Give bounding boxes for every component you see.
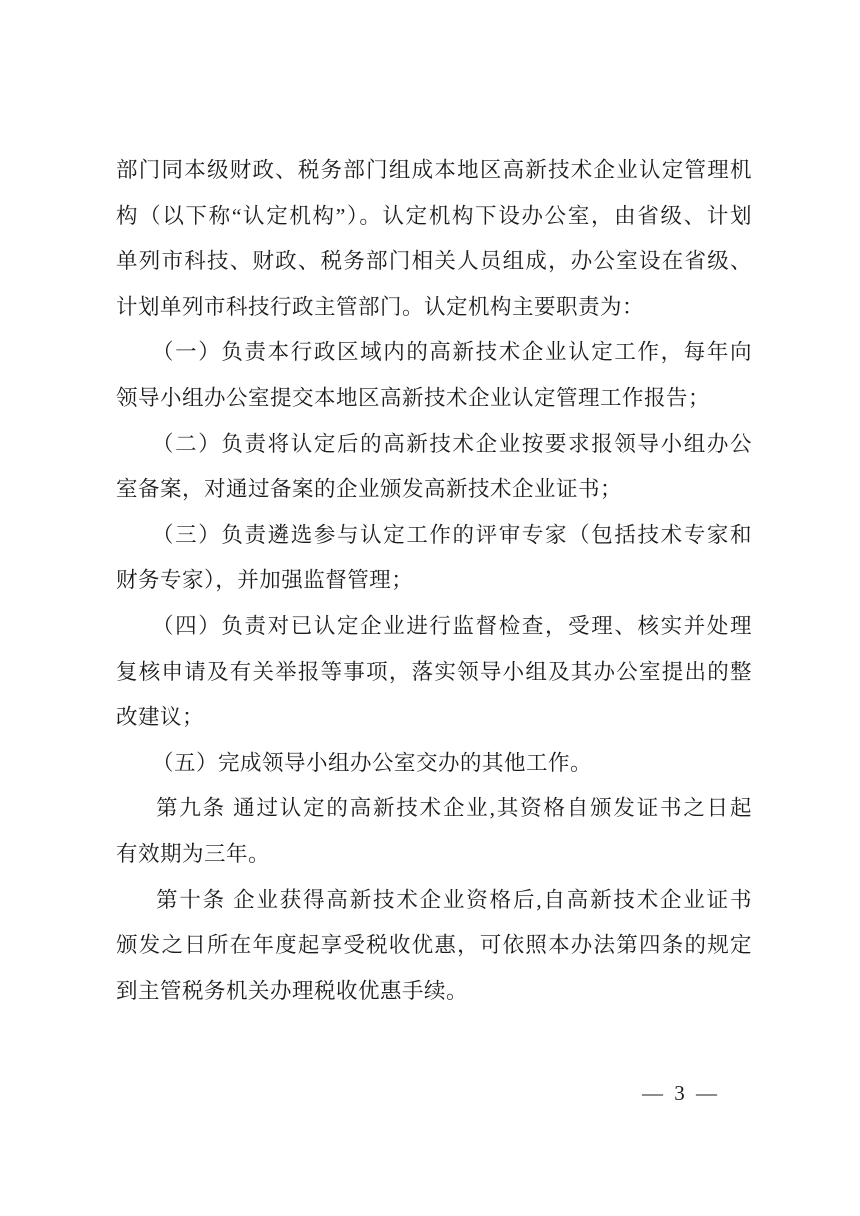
text-line: 有效期为三年。 xyxy=(116,832,752,878)
document-body: 部门同本级财政、税务部门组成本地区高新技术企业认定管理机 构（以下称“认定机构”… xyxy=(116,148,752,1014)
text-line: 改建议； xyxy=(116,695,752,741)
text-line: 第十条 企业获得高新技术企业资格后,自高新技术企业证书 xyxy=(116,878,752,924)
text-line: 室备案，对通过备案的企业颁发高新技术企业证书； xyxy=(116,467,752,513)
text-line: 单列市科技、财政、税务部门相关人员组成，办公室设在省级、 xyxy=(116,239,752,285)
text-line: （一）负责本行政区域内的高新技术企业认定工作，每年向 xyxy=(116,330,752,376)
document-page: 部门同本级财政、税务部门组成本地区高新技术企业认定管理机 构（以下称“认定机构”… xyxy=(0,0,860,1216)
text-line: 到主管税务机关办理税收优惠手续。 xyxy=(116,969,752,1015)
text-line: （四）负责对已认定企业进行监督检查，受理、核实并处理 xyxy=(116,604,752,650)
text-line: 财务专家），并加强监督管理； xyxy=(116,558,752,604)
text-line: 第九条 通过认定的高新技术企业,其资格自颁发证书之日起 xyxy=(116,786,752,832)
text-line: （二）负责将认定后的高新技术企业按要求报领导小组办公 xyxy=(116,422,752,468)
page-number: — 3 — xyxy=(606,1078,756,1108)
text-line: （五）完成领导小组办公室交办的其他工作。 xyxy=(116,741,752,787)
text-line: （三）负责遴选参与认定工作的评审专家（包括技术专家和 xyxy=(116,513,752,559)
text-line: 复核申请及有关举报等事项，落实领导小组及其办公室提出的整 xyxy=(116,650,752,696)
text-line: 计划单列市科技行政主管部门。认定机构主要职责为： xyxy=(116,285,752,331)
text-line: 构（以下称“认定机构”）。认定机构下设办公室，由省级、计划 xyxy=(116,194,752,240)
text-line: 领导小组办公室提交本地区高新技术企业认定管理工作报告； xyxy=(116,376,752,422)
text-line: 部门同本级财政、税务部门组成本地区高新技术企业认定管理机 xyxy=(116,148,752,194)
text-line: 颁发之日所在年度起享受税收优惠，可依照本办法第四条的规定 xyxy=(116,923,752,969)
